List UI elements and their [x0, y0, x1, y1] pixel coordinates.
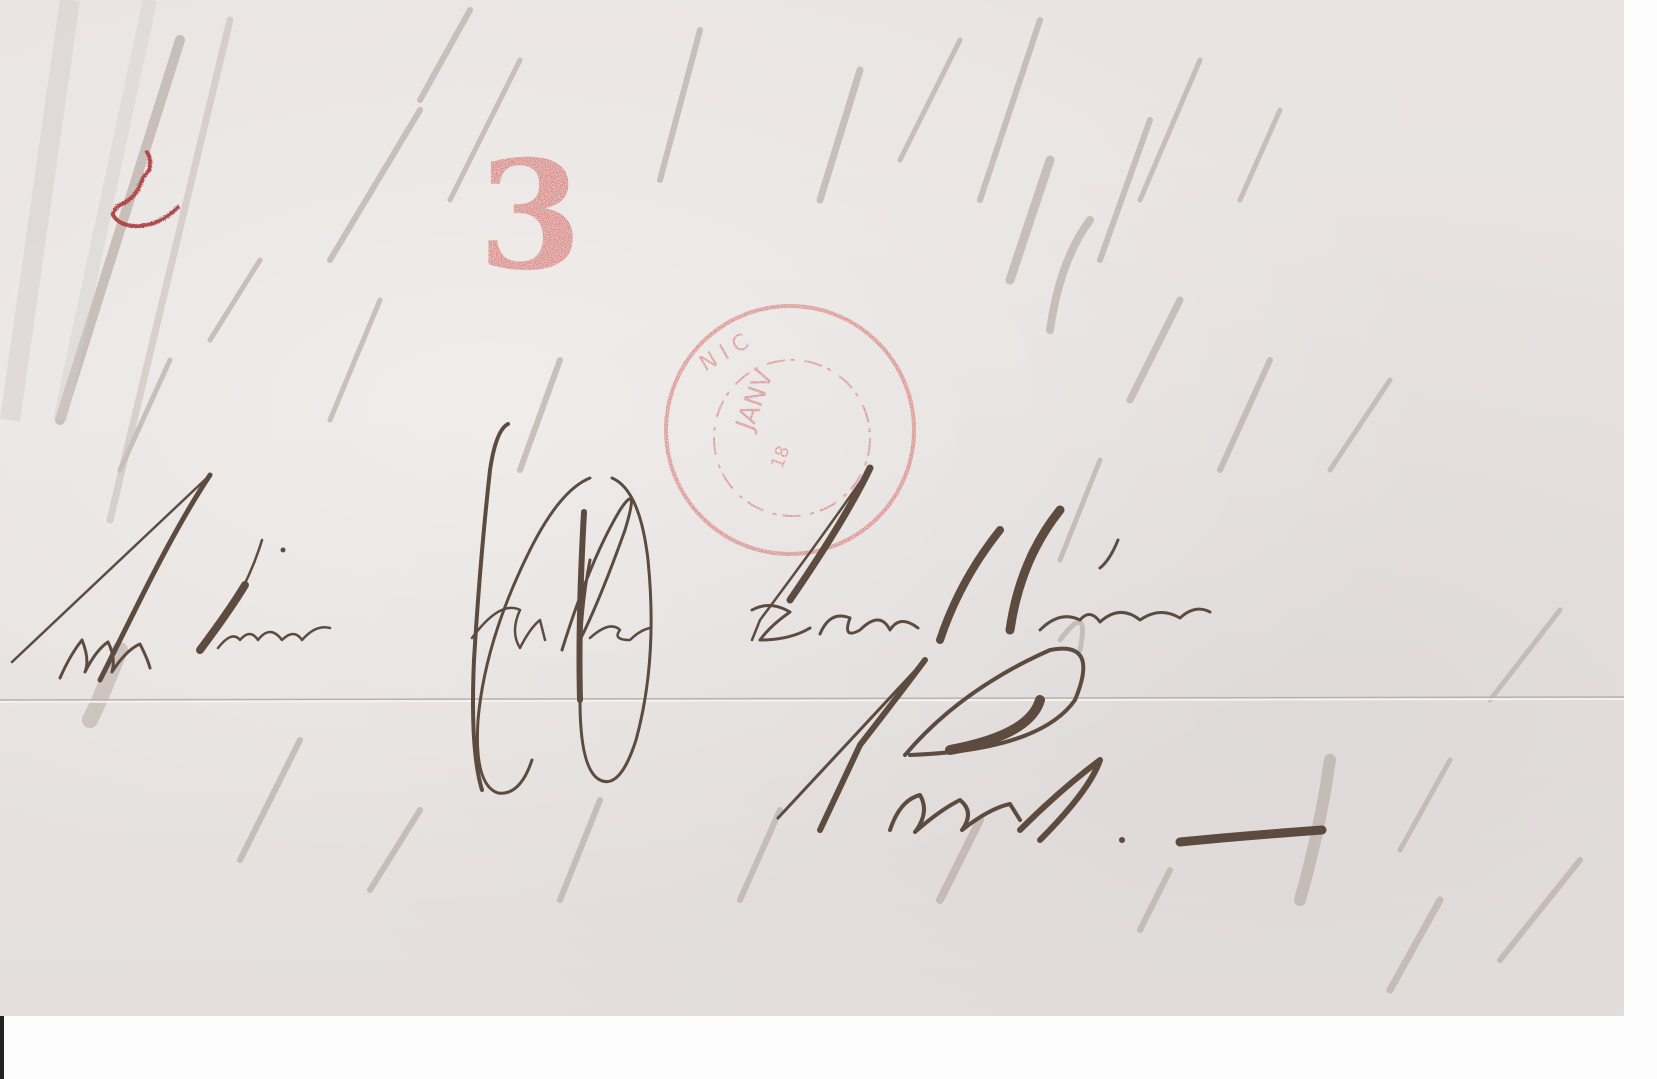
address-handwriting: [12, 468, 1322, 843]
postal-cover: 3 N I C JANV 18: [0, 0, 1624, 1016]
svg-text:18: 18: [767, 443, 795, 472]
show-through-writing: [60, 10, 1580, 990]
fold-creases: [0, 0, 1624, 702]
circular-datestamp: N I C JANV 18: [666, 306, 914, 554]
manuscript-postage-due-10: [473, 424, 651, 793]
svg-text:3: 3: [478, 128, 582, 304]
svg-text:N I C: N I C: [696, 329, 754, 377]
scanner-edge: [0, 1016, 4, 1079]
cover-artwork: 3 N I C JANV 18: [0, 0, 1624, 1016]
svg-text:JANV: JANV: [730, 365, 780, 436]
rate-handstamp-3: 3: [478, 128, 582, 304]
